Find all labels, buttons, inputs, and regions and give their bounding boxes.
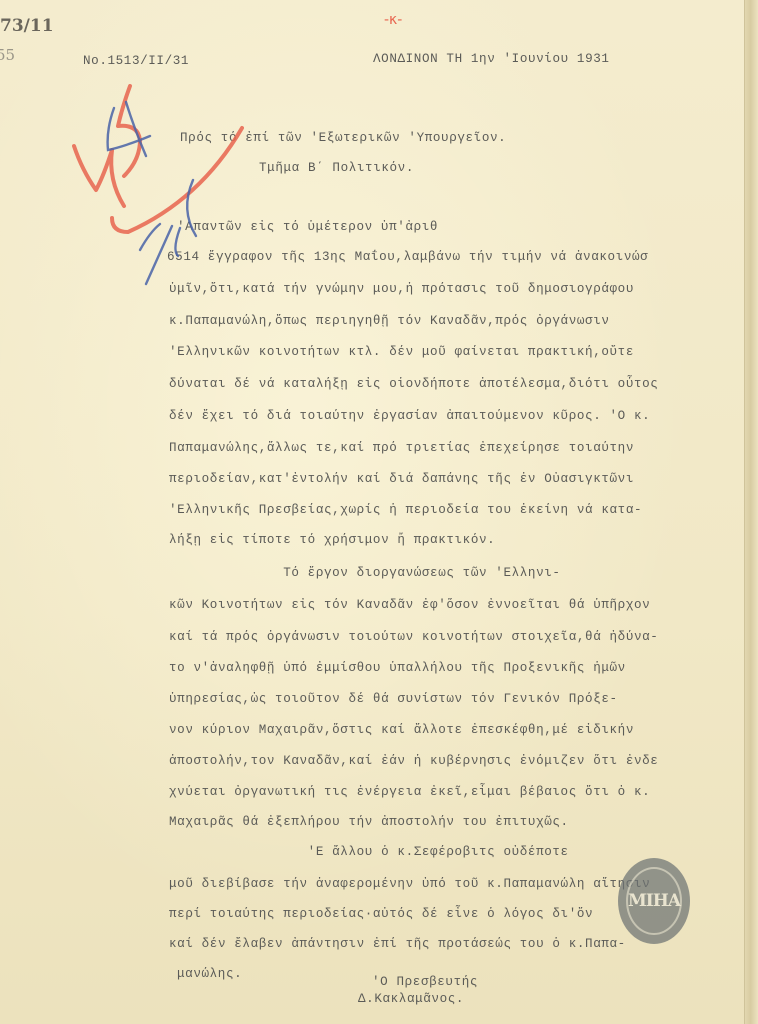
signature-name: Δ.Κακλαμᾶνος. bbox=[358, 992, 464, 1006]
body-line: 'Ε ἄλλου ὁ κ.Σεφέροβιτς οὐδέποτε bbox=[169, 845, 569, 859]
stamp-monogram: ΜΙΗΑ bbox=[626, 867, 682, 935]
body-line: δύναται δέ νά καταλήξῃ εἰς οἱονδήποτε ἀπ… bbox=[169, 377, 658, 391]
body-line: Παπαμανώλης,ἄλλως τε,καί πρό τριετίας ἐπ… bbox=[169, 441, 634, 455]
body-line: Μαχαιρᾶς θά ἐξεπλήρου τήν ἀποστολήν του … bbox=[169, 815, 569, 829]
body-line: κ.Παπαμανώλη,ὅπως περιηγηθῇ τόν Καναδᾶν,… bbox=[169, 314, 610, 328]
protocol-number: No.1513/II/31 bbox=[83, 54, 189, 68]
body-line: Τό ἔργον διοργανώσεως τῶν 'Ελληνι- bbox=[169, 566, 561, 580]
body-line: μοῦ διεβίβασε τήν ἀναφερομένην ὑπό τοῦ κ… bbox=[169, 877, 650, 891]
body-line: κῶν Κοινοτήτων εἰς τόν Καναδᾶν ἐφ'ὅσον ἐ… bbox=[169, 598, 650, 612]
recipient-line-2: Τμῆμα Β΄ Πολιτικόν. bbox=[259, 161, 414, 175]
recipient-line-1: Πρός τό ἐπί τῶν 'Εξωτερικῶν 'Υπουργεῖον. bbox=[180, 131, 506, 145]
body-line: μανώλης. bbox=[177, 967, 242, 981]
body-line: δέν ἔχει τό διά τοιαύτην ἐργασίαν ἀπαιτο… bbox=[169, 409, 650, 423]
place-and-date: ΛΟΝΔΙΝΟΝ ΤΗ 1ην 'Ιουνίου 1931 bbox=[373, 52, 610, 66]
body-line: ἀποστολήν,τον Καναδᾶν,καί ἐάν ἡ κυβέρνησ… bbox=[169, 754, 658, 768]
signature-title: 'Ο Πρεσβευτής bbox=[372, 975, 478, 989]
body-line: ὑπηρεσίας,ὡς τοιοῦτον δέ θά συνίστων τόν… bbox=[169, 692, 618, 706]
page-edge-shadow bbox=[744, 0, 758, 1024]
body-line: 'Απαντῶν εἰς τό ὑμέτερον ὑπ'ἀριθ bbox=[177, 220, 438, 234]
body-line: περιοδείαν,κατ'ἐντολήν καί διά δαπάνης τ… bbox=[169, 472, 634, 486]
body-line: καί τά πρός ὀργάνωσιν τοιούτων κοινοτήτω… bbox=[169, 630, 658, 644]
body-line: νον κύριον Μαχαιρᾶν,ὅστις καί ἄλλοτε ἐπε… bbox=[169, 723, 634, 737]
body-line: 'Ελληνικῶν κοινοτήτων κτλ. δέν μοῦ φαίνε… bbox=[169, 345, 634, 359]
body-line: καί δέν ἔλαβεν ἀπάντησιν ἐπί τῆς προτάσε… bbox=[169, 937, 626, 951]
archive-reference: 73/11 bbox=[0, 16, 54, 36]
body-line: 'Ελληνικῆς Πρεσβείας,χωρίς ἡ περιοδεία τ… bbox=[169, 503, 642, 517]
body-line: ὑμῖν,ὅτι,κατά τήν γνώμην μου,ἡ πρότασις … bbox=[169, 282, 634, 296]
body-line: χνύεται ὀργανωτική τις ἐνέργεια ἐκεῖ,εἶμ… bbox=[169, 785, 650, 799]
body-line: 6514 ἔγγραφον τῆς 13ης Μαΐου,λαμβάνω τήν… bbox=[167, 250, 648, 264]
body-line: το ν'ἀναληφθῇ ὑπό ἐμμίσθου ὑπαλλήλου τῆς… bbox=[169, 661, 626, 675]
red-page-mark: -κ- bbox=[384, 12, 402, 28]
body-line: λήξῃ εἰς τίποτε τό χρήσιμον ἤ πρακτικόν. bbox=[169, 533, 495, 547]
archive-subreference: 55 bbox=[0, 46, 15, 64]
archive-stamp: ΜΙΗΑ bbox=[618, 858, 690, 944]
body-line: περί τοιαύτης περιοδείας·αὐτός δέ εἶνε ὁ… bbox=[169, 907, 593, 921]
